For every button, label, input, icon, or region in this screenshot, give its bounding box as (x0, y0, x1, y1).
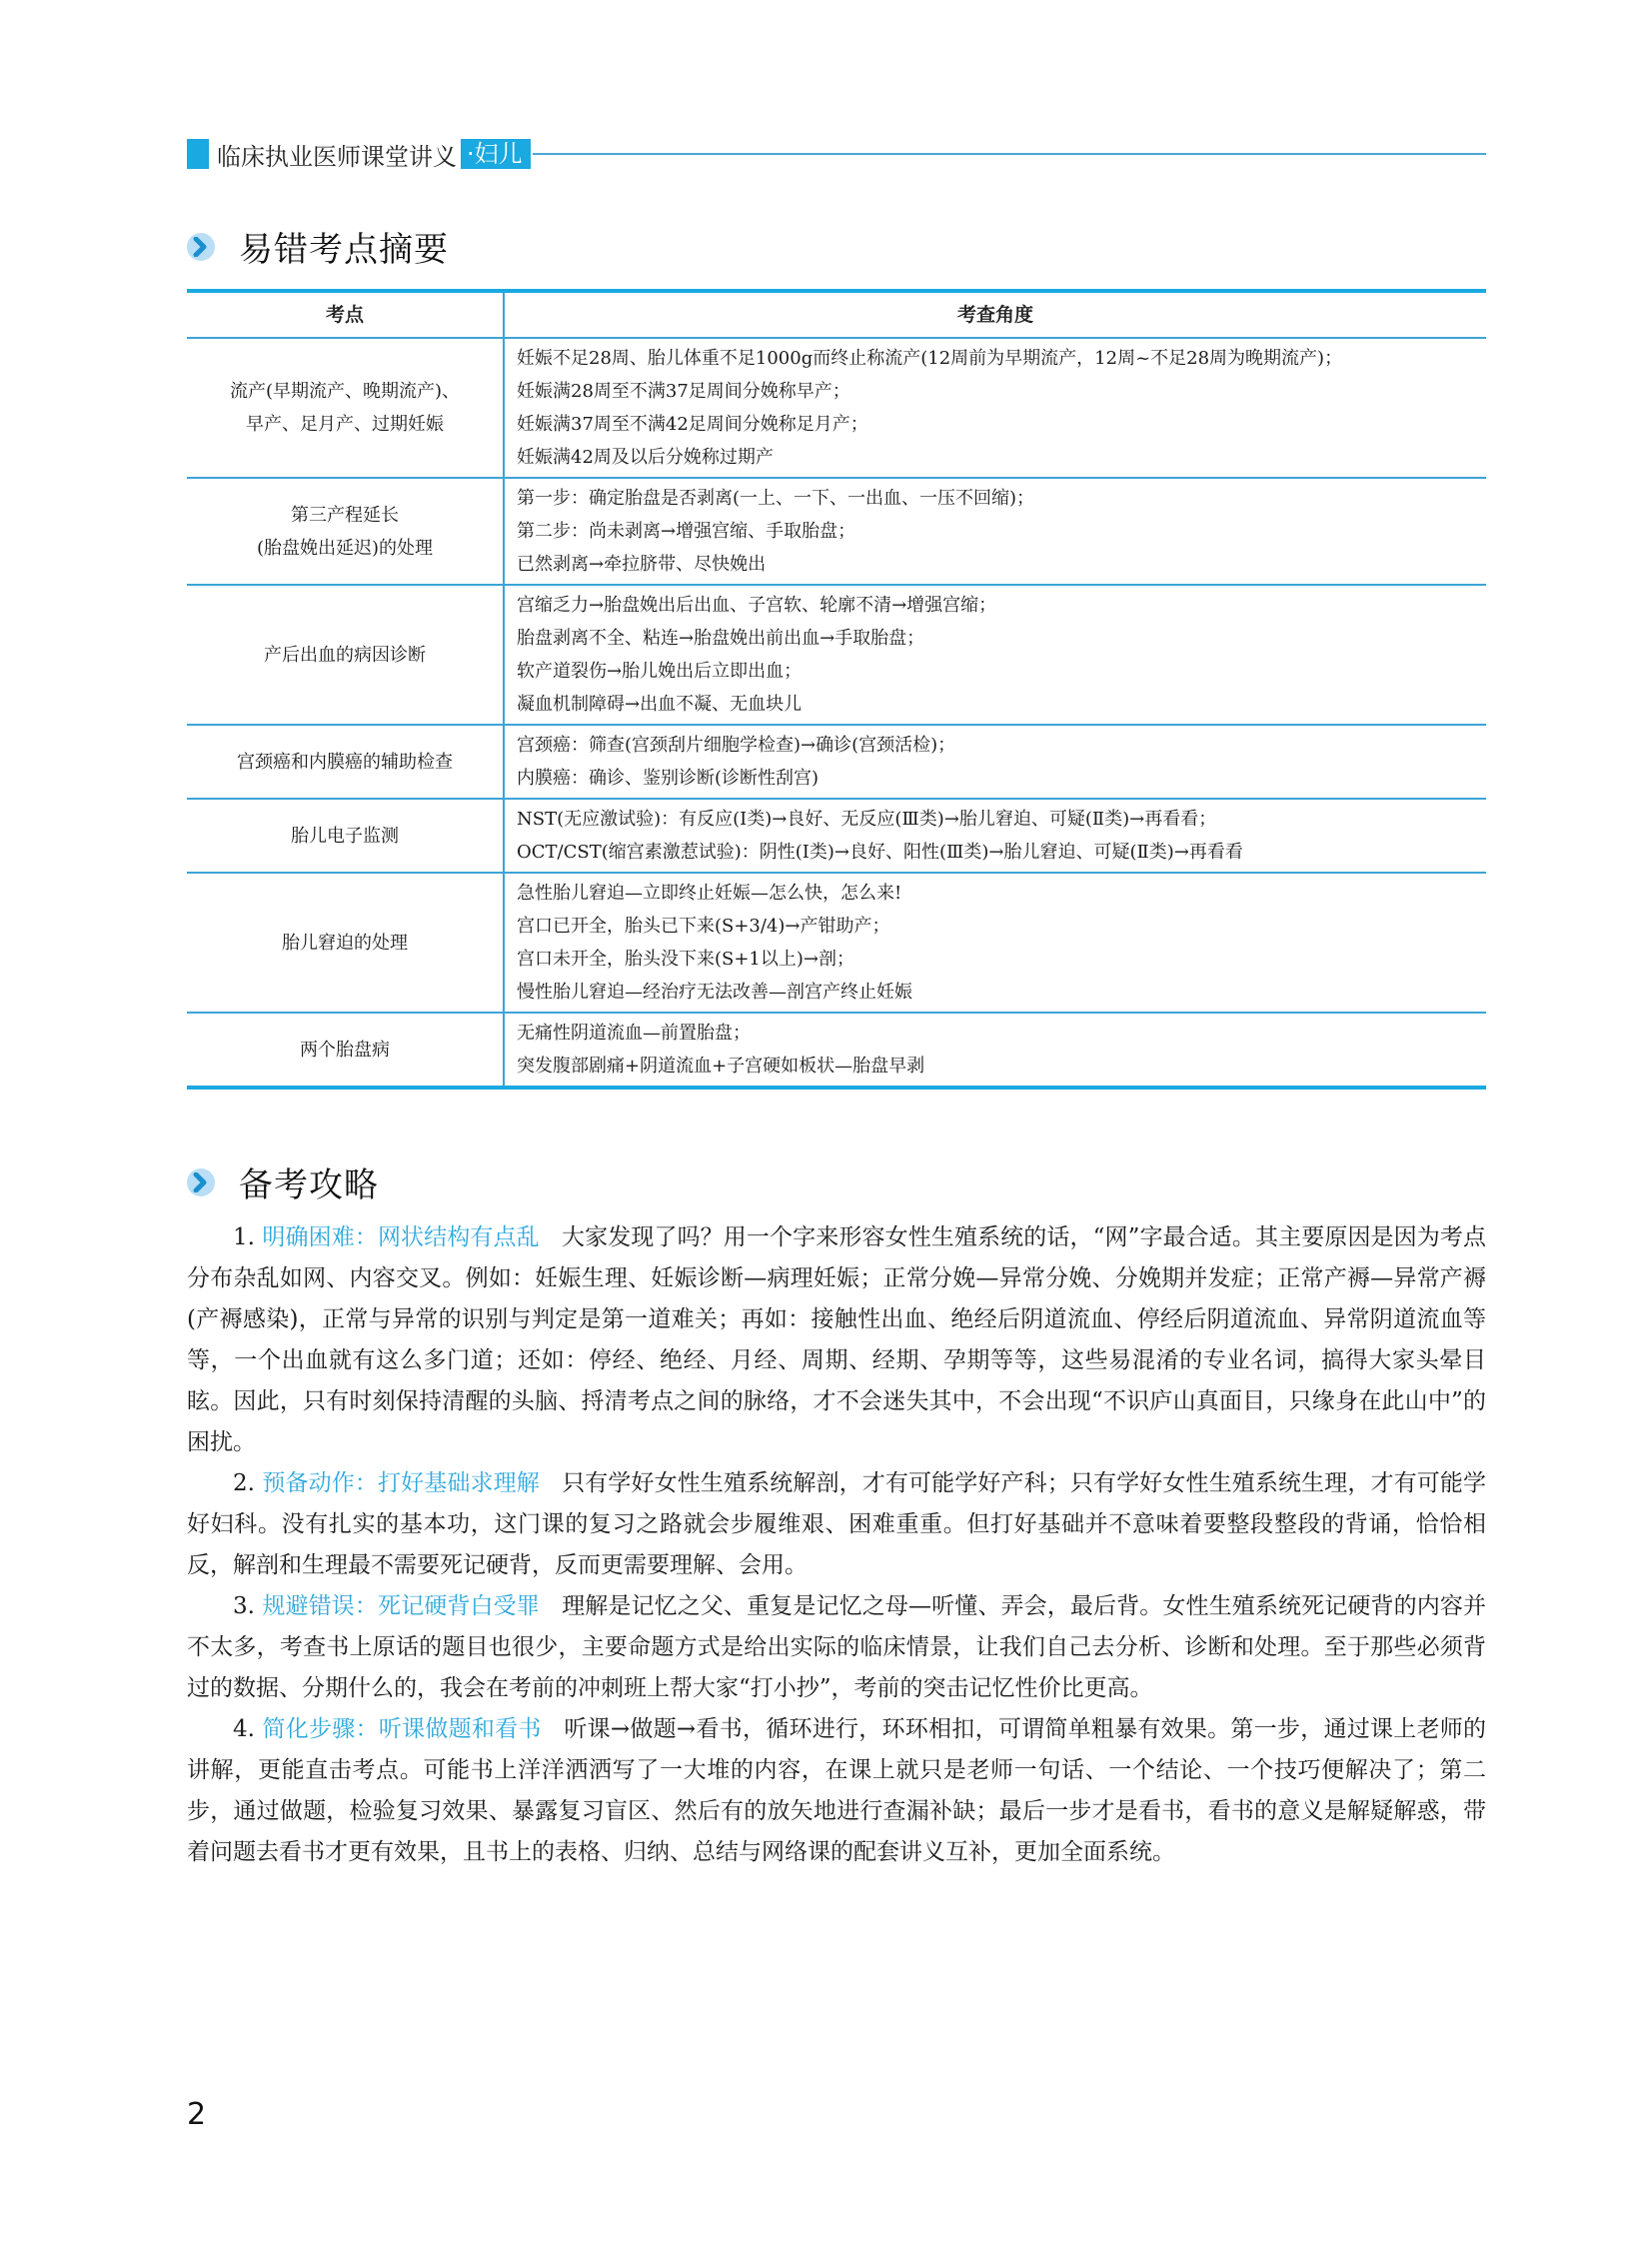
point-cell: 胎儿窘迫的处理 (187, 873, 504, 1013)
point-cell: 产后出血的病因诊断 (187, 585, 504, 725)
header-rule (533, 153, 1486, 155)
book-title: 临床执业医师课堂讲义 (217, 137, 457, 172)
tip-paragraph: 4. 简化步骤：听课做题和看书 听课→做题→看书，循环进行，环环相扣，可谓简单粗… (187, 1709, 1486, 1873)
table-row: 第三产程延长 (胎盘娩出延迟)的处理 第一步：确定胎盘是否剥离(一上、一下、一出… (187, 478, 1486, 585)
table-header-row: 考点 考查角度 (187, 291, 1486, 338)
page-number: 2 (187, 2097, 206, 2132)
table-row: 产后出血的病因诊断 宫缩乏力→胎盘娩出后出血、子宫软、轮廓不清→增强宫缩； 胎盘… (187, 585, 1486, 725)
point-cell: 宫颈癌和内膜癌的辅助检查 (187, 725, 504, 799)
chevron-right-icon (187, 233, 215, 261)
angle-cell: 妊娠不足28周、胎儿体重不足1000g而终止称流产(12周前为早期流产，12周~… (504, 338, 1486, 478)
point-cell: 两个胎盘病 (187, 1013, 504, 1088)
running-header: 临床执业医师课堂讲义 ·妇儿 (187, 138, 1486, 170)
tip-heading: 明确困难：网状结构有点乱 (262, 1224, 539, 1250)
section-heading-mistakes: 易错考点摘要 (187, 222, 449, 271)
angle-cell: 宫缩乏力→胎盘娩出后出血、子宫软、轮廓不清→增强宫缩； 胎盘剥离不全、粘连→胎盘… (504, 585, 1486, 725)
point-cell: 第三产程延长 (胎盘娩出延迟)的处理 (187, 478, 504, 585)
angle-cell: 第一步：确定胎盘是否剥离(一上、一下、一出血、一压不回缩)； 第二步：尚未剥离→… (504, 478, 1486, 585)
table-row: 胎儿电子监测 NST(无应激试验)：有反应(Ⅰ类)→良好、无反应(Ⅲ类)→胎儿窘… (187, 799, 1486, 873)
tip-paragraph: 1. 明确困难：网状结构有点乱 大家发现了吗？用一个字来形容女性生殖系统的话，“… (187, 1217, 1486, 1463)
exam-points-table: 考点 考查角度 流产(早期流产、晚期流产)、 早产、足月产、过期妊娠 妊娠不足2… (187, 289, 1486, 1090)
point-cell: 流产(早期流产、晚期流产)、 早产、足月产、过期妊娠 (187, 338, 504, 478)
section-heading-strategy: 备考攻略 (187, 1157, 379, 1206)
section-title: 易错考点摘要 (239, 222, 449, 271)
tip-paragraph: 2. 预备动作：打好基础求理解 只有学好女性生殖系统解剖，才有可能学好产科；只有… (187, 1463, 1486, 1586)
angle-cell: NST(无应激试验)：有反应(Ⅰ类)→良好、无反应(Ⅲ类)→胎儿窘迫、可疑(Ⅱ类… (504, 799, 1486, 873)
table-row: 流产(早期流产、晚期流产)、 早产、足月产、过期妊娠 妊娠不足28周、胎儿体重不… (187, 338, 1486, 478)
subject-tag: ·妇儿 (461, 139, 531, 169)
tip-number: 3. (233, 1593, 255, 1619)
tip-heading: 预备动作：打好基础求理解 (262, 1470, 539, 1496)
chevron-right-icon (187, 1168, 215, 1196)
angle-cell: 无痛性阴道流血—前置胎盘； 突发腹部剧痛+阴道流血+子宫硬如板状—胎盘早剥 (504, 1013, 1486, 1088)
tip-number: 2. (233, 1470, 255, 1496)
tip-number: 1. (233, 1224, 255, 1250)
tip-number: 4. (233, 1716, 255, 1742)
tip-heading: 规避错误：死记硬背白受罪 (262, 1593, 539, 1619)
strategy-tips: 1. 明确困难：网状结构有点乱 大家发现了吗？用一个字来形容女性生殖系统的话，“… (187, 1217, 1486, 1873)
table-row: 两个胎盘病 无痛性阴道流血—前置胎盘； 突发腹部剧痛+阴道流血+子宫硬如板状—胎… (187, 1013, 1486, 1088)
table-row: 宫颈癌和内膜癌的辅助检查 宫颈癌：筛查(宫颈刮片细胞学检查)→确诊(宫颈活检)；… (187, 725, 1486, 799)
angle-cell: 急性胎儿窘迫—立即终止妊娠—怎么快，怎么来! 宫口已开全，胎头已下来(S+3/4… (504, 873, 1486, 1013)
tip-body: 大家发现了吗？用一个字来形容女性生殖系统的话，“网”字最合适。其主要原因是因为考… (187, 1224, 1486, 1455)
column-header-point: 考点 (187, 291, 504, 338)
tip-heading: 简化步骤：听课做题和看书 (263, 1716, 542, 1742)
section-title: 备考攻略 (239, 1157, 379, 1206)
angle-cell: 宫颈癌：筛查(宫颈刮片细胞学检查)→确诊(宫颈活检)； 内膜癌：确诊、鉴别诊断(… (504, 725, 1486, 799)
point-cell: 胎儿电子监测 (187, 799, 504, 873)
column-header-angle: 考查角度 (504, 291, 1486, 338)
tip-paragraph: 3. 规避错误：死记硬背白受罪 理解是记忆之父、重复是记忆之母—听懂、弄会，最后… (187, 1586, 1486, 1709)
table-row: 胎儿窘迫的处理 急性胎儿窘迫—立即终止妊娠—怎么快，怎么来! 宫口已开全，胎头已… (187, 873, 1486, 1013)
header-color-block (187, 139, 209, 169)
